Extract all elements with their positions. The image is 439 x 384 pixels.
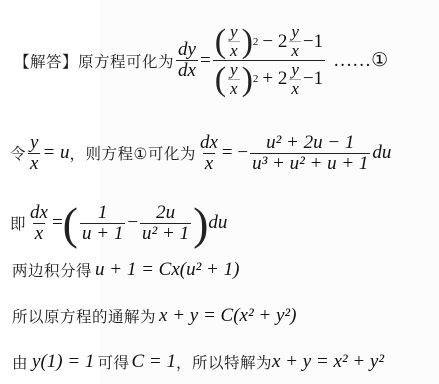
line1-rhs-fraction: ( yx )2 − 2 yx −1 ( yx )2 + 2 yx −1 — [213, 23, 325, 97]
line1-rhs-denominator: ( yx )2 + 2 yx −1 — [213, 60, 325, 98]
solution-line-6: 由 y(1) = 1 可得 C = 1 ，所以特解为 x + y = x² + … — [12, 347, 384, 377]
solution-line-4: 两边积分得 u + 1 = Cx(u² + 1) — [12, 255, 239, 285]
line1-lhs-fraction: dy dx — [176, 40, 198, 81]
solution-line-2: 令 y x = u ，则方程①可化为 dx x = − u² + 2u − 1 … — [10, 128, 391, 178]
line2-rhs-fraction: u² + 2u − 1 u³ + u² + u + 1 — [250, 133, 370, 174]
substitution-fraction: y x — [28, 133, 40, 174]
solution-line-1: 【解答】 原方程可化为 dy dx = ( yx )2 − 2 yx −1 ( … — [14, 8, 388, 113]
line1-equals: = — [200, 50, 211, 72]
equation-tag-1: ……① — [333, 49, 388, 72]
line2-lhs-fraction: dx x — [198, 133, 220, 174]
solution-line-5: 所以原方程的通解为 x + y = C(x² + y²) — [12, 301, 296, 331]
solution-label: 【解答】 — [14, 50, 78, 72]
solution-line-3: 即 dx x = ( 1 u + 1 − 2u u² + 1 ) du — [10, 198, 227, 248]
line1-rhs-numerator: ( yx )2 − 2 yx −1 — [213, 23, 325, 60]
line1-prefix: 原方程可化为 — [78, 50, 174, 72]
